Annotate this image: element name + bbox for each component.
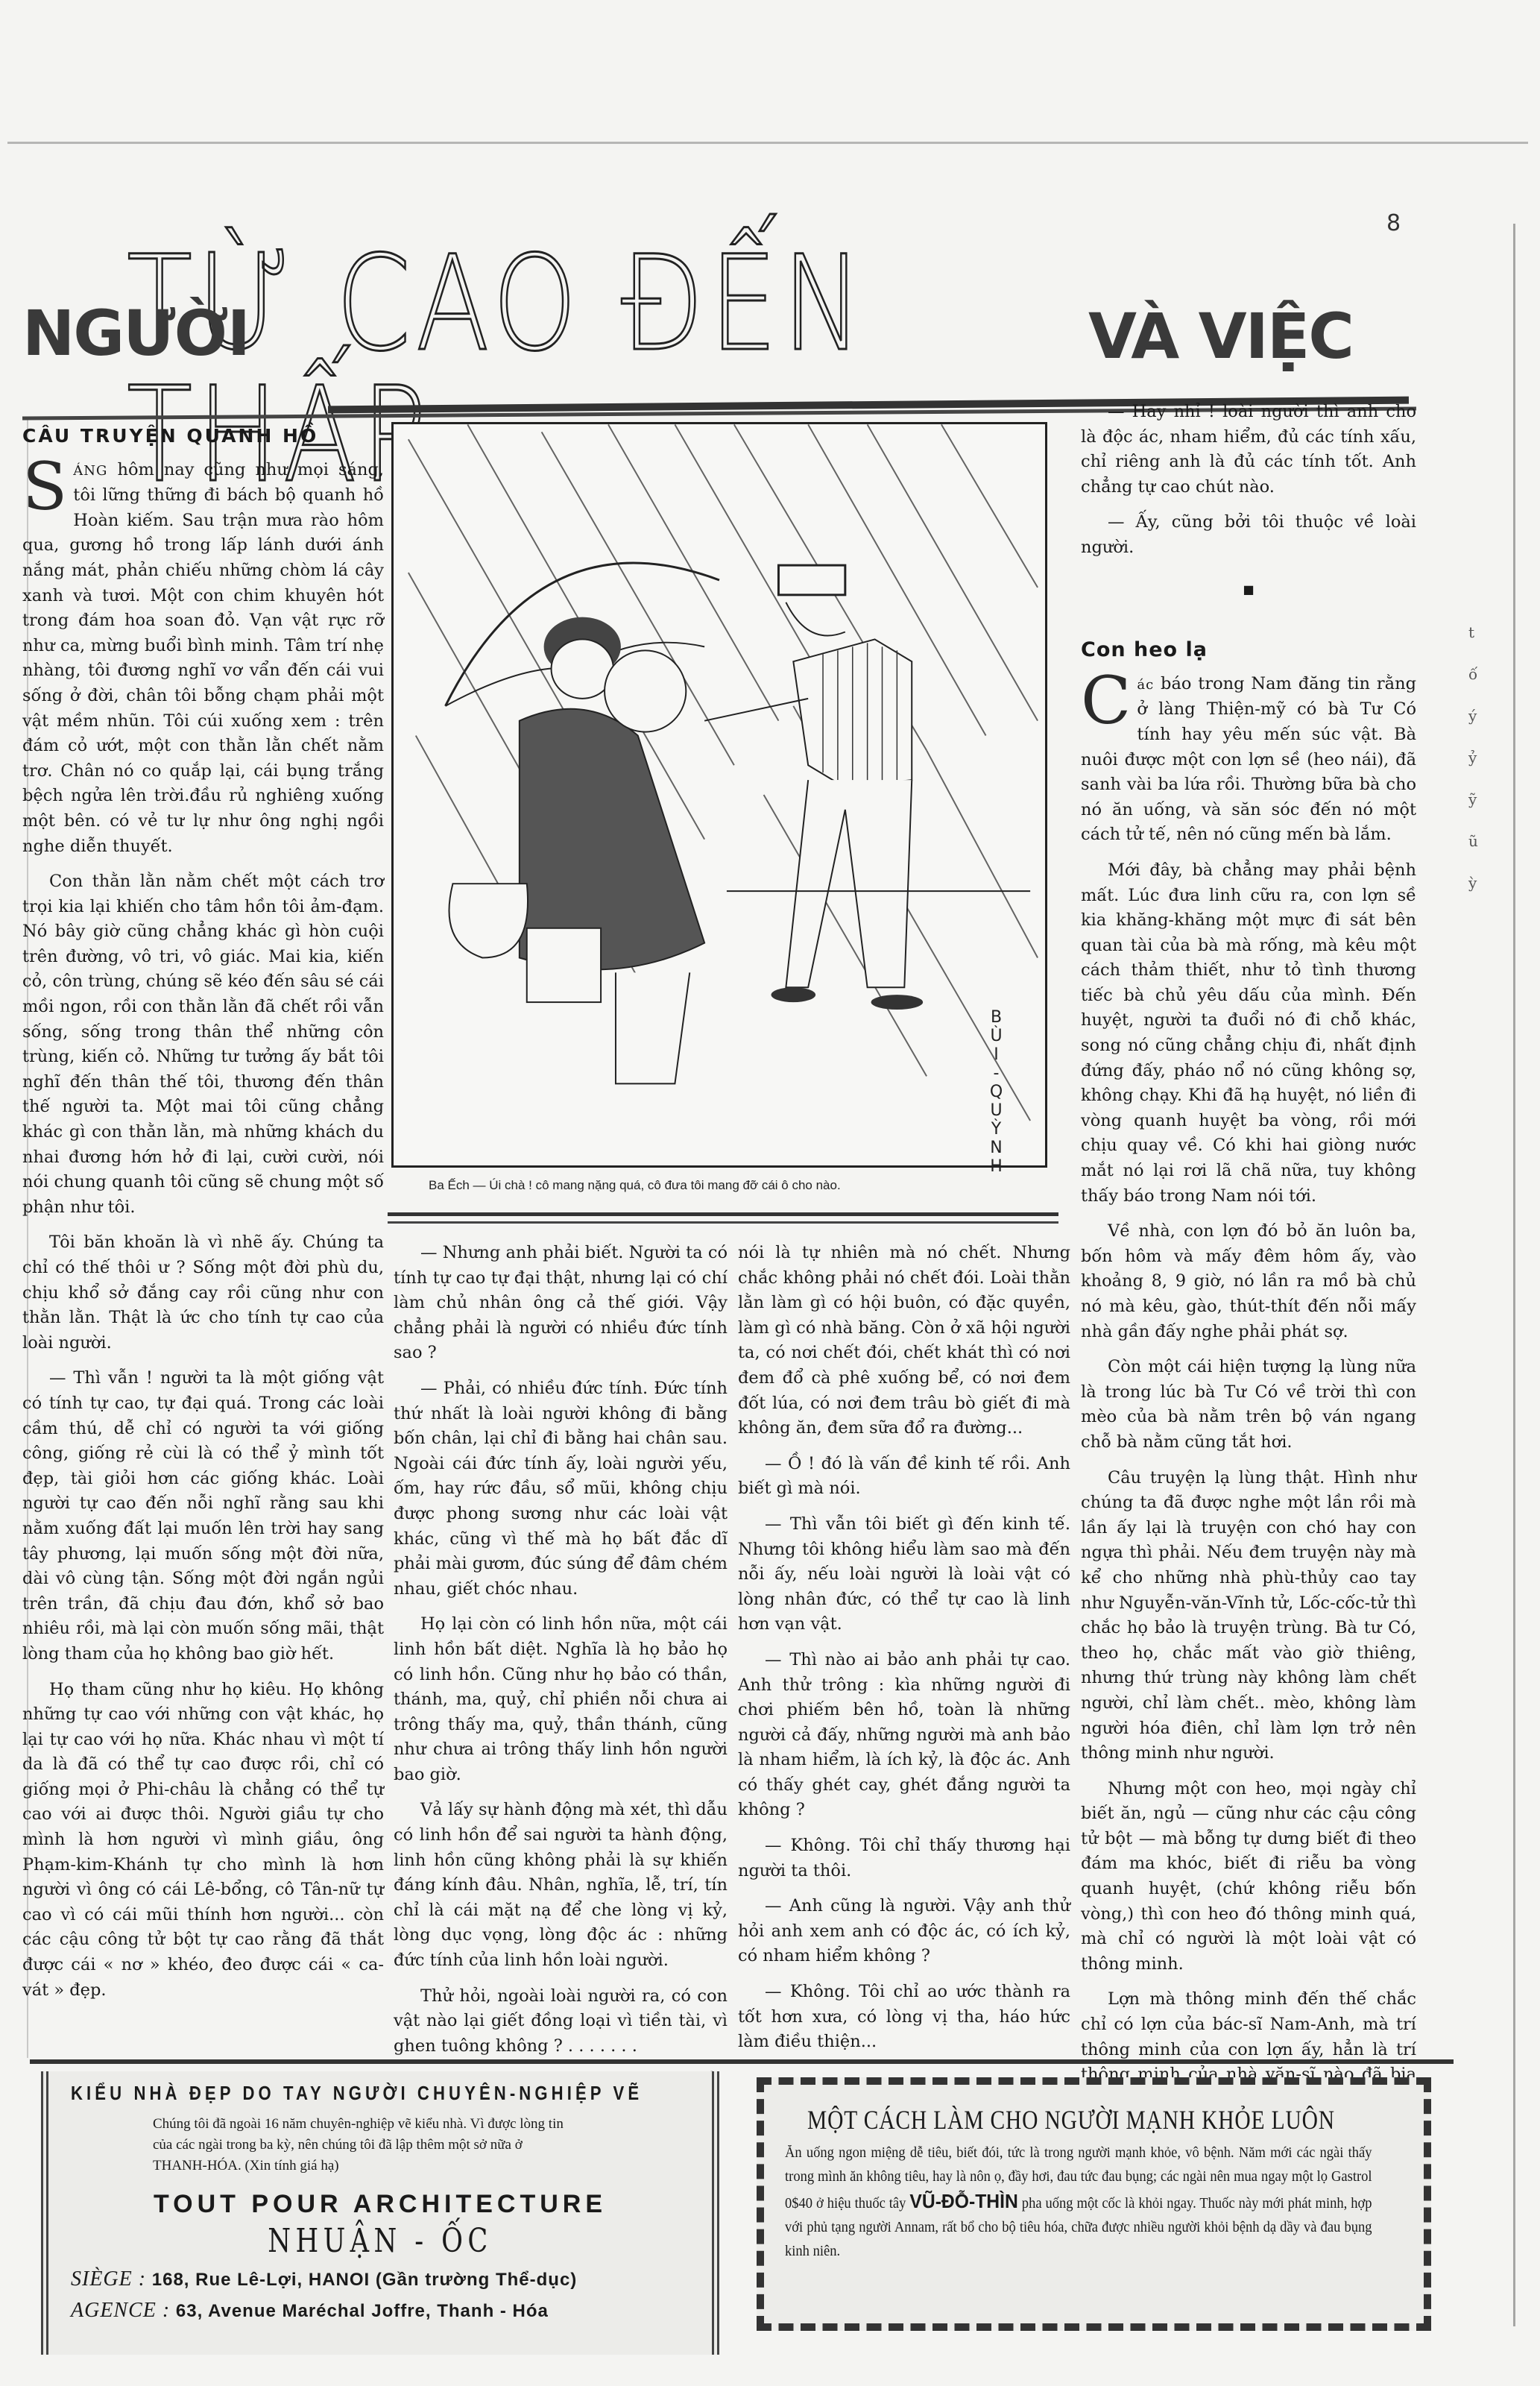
advertisement-architecture: KIỂU NHÀ ĐẸP DO TAY NGƯỜI CHUYÊN-NGHIỆP … bbox=[41, 2071, 719, 2355]
advertisement-medicine: MỘT CÁCH LÀM CHO NGƯỜI MẠNH KHỎE LUÔN Ăn… bbox=[757, 2077, 1431, 2331]
story-paragraph: Vả lấy sự hành động mà xét, thì dẫu có l… bbox=[394, 1798, 728, 1973]
story-paragraph: — Không. Tôi chỉ ao ước thành ra tốt hơn… bbox=[738, 1980, 1070, 2055]
story-paragraph: Con thằn lằn nằm chết một cách trơ trọi … bbox=[22, 869, 384, 1220]
section-separator-icon: ■ bbox=[1081, 577, 1416, 602]
ad-brand-name: NHUẬN - ỐC bbox=[133, 2222, 628, 2260]
story-paragraph: SÁNG hôm nay cũng như mọi sáng, tôi lững… bbox=[22, 458, 384, 860]
story-paragraph: Câu truyện lạ lùng thật. Hình như chúng … bbox=[1081, 1466, 1416, 1766]
page-number: 8 bbox=[1386, 210, 1401, 236]
ad-tagline: TOUT POUR ARCHITECTURE bbox=[71, 2190, 689, 2219]
ad-body: Ăn uống ngon miệng dễ tiêu, biết đói, tứ… bbox=[785, 2141, 1372, 2264]
story-paragraph: — Không. Tôi chỉ thấy thương hại người t… bbox=[738, 1833, 1070, 1883]
section-masthead: TỪ CAO ĐẾN THẤP NGƯỜI VÀ VIỆC bbox=[15, 239, 1409, 388]
story-paragraph: Họ lại còn có linh hồn nữa, một cái linh… bbox=[394, 1612, 728, 1787]
ad-body: Chúng tôi đã ngoài 16 năm chuyên-nghiệp … bbox=[153, 2114, 570, 2176]
adjacent-page-margin: t ố ý ỷ ỹ ũ ỳ bbox=[1468, 611, 1513, 904]
story-paragraph: — Hay nhỉ ! loài người thì anh cho là độ… bbox=[1081, 400, 1416, 500]
story-column-2: — Nhưng anh phải biết. Người ta có tính … bbox=[394, 1241, 728, 2105]
masthead-right-word: VÀ VIỆC bbox=[1088, 300, 1353, 373]
ads-divider-rule bbox=[30, 2059, 1454, 2064]
caption-rule bbox=[388, 1212, 1058, 1216]
column-rule-right bbox=[1513, 224, 1515, 2326]
drop-cap: S bbox=[22, 461, 67, 513]
story-paragraph: — Ấy, cũng bởi tôi thuộc về loài người. bbox=[1081, 510, 1416, 560]
ad-headline: KIỂU NHÀ ĐẸP DO TAY NGƯỜI CHUYÊN-NGHIỆP … bbox=[71, 2082, 597, 2105]
cartoon-illustration bbox=[391, 422, 1047, 1168]
story-paragraph: Tôi băn khoăn là vì nhẽ ấy. Chúng ta chỉ… bbox=[22, 1230, 384, 1356]
story-paragraph: Còn một cái hiện tượng lạ lùng nữa là tr… bbox=[1081, 1355, 1416, 1455]
story-paragraph: — Thì nào ai bảo anh phải tự cao. Anh th… bbox=[738, 1648, 1070, 1823]
story-title: Con heo lạ bbox=[1081, 638, 1416, 663]
newspaper-page: 8 TỪ CAO ĐẾN THẤP NGƯỜI VÀ VIỆC CÂU TRUY… bbox=[0, 0, 1540, 2386]
page-edge-rule bbox=[7, 142, 1528, 144]
cartoon-drawing-icon bbox=[394, 424, 1045, 1165]
story-column-4: — Hay nhỉ ! loài người thì anh cho là độ… bbox=[1081, 400, 1416, 2142]
ad-address-agence: AGENCE : 63, Avenue Maréchal Joffre, Tha… bbox=[71, 2299, 689, 2323]
story-title: CÂU TRUYỆN QUANH HỒ bbox=[22, 424, 384, 449]
story-paragraph: — Thì vẫn tôi biết gì đến kinh tế. Nhưng… bbox=[738, 1512, 1070, 1637]
story-paragraph: — Phải, có nhiều đức tính. Đức tính thứ … bbox=[394, 1376, 728, 1602]
story-column-3: nói là tự nhiên mà nó chết. Nhưng chắc k… bbox=[738, 1241, 1070, 2065]
illustration-caption: Ba Ếch — Úi chà ! cô mang nặng quá, cô đ… bbox=[429, 1178, 1040, 1193]
drop-cap: C bbox=[1081, 675, 1131, 727]
story-paragraph: Các báo trong Nam đăng tin rằng ở làng T… bbox=[1081, 672, 1416, 848]
story-paragraph: Họ tham cũng như họ kiêu. Họ không những… bbox=[22, 1678, 384, 2003]
story-paragraph: — Nhưng anh phải biết. Người ta có tính … bbox=[394, 1241, 728, 1366]
story-paragraph: — Anh cũng là người. Vậy anh thử hỏi anh… bbox=[738, 1894, 1070, 1969]
story-paragraph: — Thì vẫn ! người ta là một giống vật có… bbox=[22, 1366, 384, 1666]
caption-rule bbox=[388, 1221, 1058, 1224]
masthead-left-word: NGƯỜI bbox=[22, 297, 249, 370]
story-column-1: CÂU TRUYỆN QUANH HỒ SÁNG hôm nay cũng nh… bbox=[22, 424, 384, 2013]
ad-headline: MỘT CÁCH LÀM CHO NGƯỜI MẠNH KHỎE LUÔN bbox=[807, 2104, 1296, 2135]
artist-signature: BÙI-QUỲNH bbox=[985, 1008, 1005, 1176]
story-paragraph: Mới đây, bà chẳng may phải bệnh mất. Lúc… bbox=[1081, 858, 1416, 1209]
story-paragraph: Thử hỏi, ngoài loài người ra, có con vật… bbox=[394, 1984, 728, 2059]
pharmacy-name: VŨ-ĐỖ-THÌN bbox=[909, 2190, 1017, 2212]
story-paragraph: Về nhà, con lợn đó bỏ ăn luôn ba, bốn hô… bbox=[1081, 1219, 1416, 1344]
story-paragraph: Nhưng một con heo, mọi ngày chỉ biết ăn,… bbox=[1081, 1777, 1416, 1977]
story-paragraph: nói là tự nhiên mà nó chết. Nhưng chắc k… bbox=[738, 1241, 1070, 1441]
ad-address-siege: SIÈGE : 168, Rue Lê-Lợi, HANOI (Gần trườ… bbox=[71, 2267, 689, 2291]
story-paragraph: — Ồ ! đó là vấn đề kinh tế rồi. Anh biết… bbox=[738, 1452, 1070, 1502]
